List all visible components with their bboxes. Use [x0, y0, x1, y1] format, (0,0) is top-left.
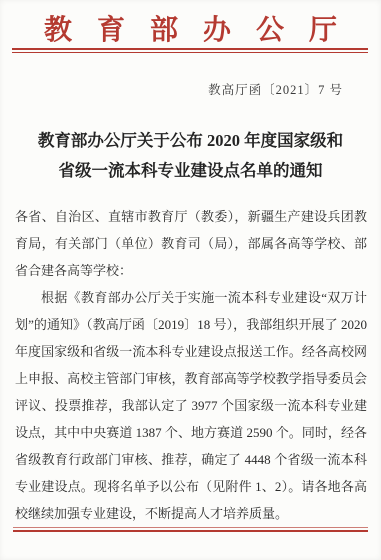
masthead-divider	[12, 48, 368, 53]
document-title-line1: 教育部办公厅关于公布 2020 年度国家级和	[0, 126, 381, 156]
document-number: 教高厅函〔2021〕7 号	[208, 80, 343, 98]
salutation-paragraph: 各省、自治区、直辖市教育厅（教委），新疆生产建设兵团教育局，有关部门（单位）教育…	[15, 203, 367, 284]
official-document: 教育部办公厅 教高厅函〔2021〕7 号 教育部办公厅关于公布 2020 年度国…	[0, 0, 381, 560]
document-title-line2: 省级一流本科专业建设点名单的通知	[0, 156, 381, 186]
document-title: 教育部办公厅关于公布 2020 年度国家级和 省级一流本科专业建设点名单的通知	[0, 126, 381, 186]
document-body: 各省、自治区、直辖市教育厅（教委），新疆生产建设兵团教育局，有关部门（单位）教育…	[15, 203, 367, 527]
footer-divider	[13, 527, 368, 532]
agency-masthead: 教育部办公厅	[0, 8, 381, 48]
body-paragraph: 根据《教育部办公厅关于实施一流本科专业建设“双万计划”的通知》（教高厅函〔201…	[15, 284, 367, 527]
